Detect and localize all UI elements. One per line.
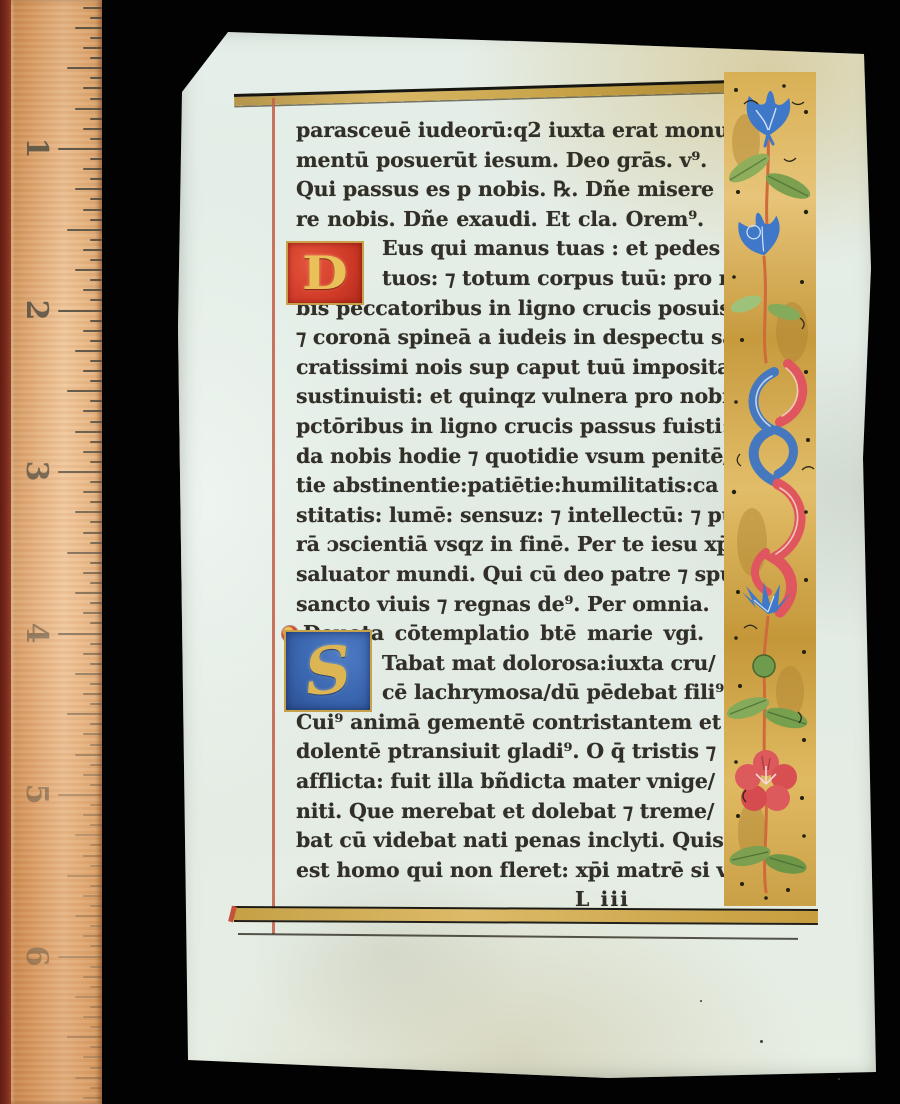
text-line-content: pctōribus in ligno crucis passus fuisti: — [296, 414, 729, 438]
text-line-content: mentū posuerūt iesum. Deo grās. v⁹. — [296, 148, 707, 172]
ruler-tick — [90, 501, 102, 503]
ruler-tick — [83, 532, 102, 534]
ruler-tick — [75, 269, 102, 271]
text-line: mentū posuerūt iesum. Deo grās. v⁹. — [296, 146, 704, 176]
ruler-tick — [83, 774, 102, 776]
dust-speck — [700, 1000, 702, 1002]
ruler-tick — [83, 289, 102, 291]
ruler-tick — [90, 17, 102, 19]
ruler-tick — [90, 764, 102, 766]
ruler-tick — [90, 98, 102, 100]
ruler-tick — [90, 299, 102, 301]
ruler-tick — [90, 1046, 102, 1048]
ruler-tick — [90, 441, 102, 443]
text-line-content: dolentē ptransiuit gladi⁹. O q̄ tristis … — [296, 739, 716, 763]
text-line-content: cratissimi nois sup caput tuū impositaz — [296, 355, 742, 379]
ruler-tick — [75, 350, 102, 352]
ruler-tick — [90, 57, 102, 59]
text-line-content: bat cū videbat nati penas inclyti. Quis — [296, 828, 724, 852]
illuminated-floral-border — [722, 72, 818, 906]
text-line-content: re nobis. Dñe exaudi. Et cla. Orem⁹. — [296, 207, 704, 231]
text-line: parasceuē iudeorū:q2 iuxta erat monu// — [296, 116, 704, 146]
text-line: sustinuisti: et quinqz vulnera pro nobis — [296, 382, 704, 412]
ruler-tick — [90, 784, 102, 786]
text-line: est homo qui non fleret: xp̄i matrē si v… — [296, 856, 704, 886]
ruler-tick — [90, 844, 102, 846]
text-line: pctōribus in ligno crucis passus fuisti: — [296, 412, 704, 442]
ruler-tick — [90, 380, 102, 382]
ruler-tick — [83, 330, 102, 332]
ruler-tick — [90, 562, 102, 564]
ruler-tick — [67, 1036, 102, 1038]
quire-signature: L iii — [296, 885, 704, 915]
text-line: Cui⁹ animā gementē contristantem et — [296, 708, 704, 738]
ruler-tick — [90, 481, 102, 483]
text-line: dolentē ptransiuit gladi⁹. O q̄ tristis … — [296, 737, 704, 767]
ruler-tick — [90, 118, 102, 120]
ruler-tick — [90, 178, 102, 180]
ruler-tick — [90, 37, 102, 39]
manuscript-leaf: parasceuē iudeorū:q2 iuxta erat monu//me… — [178, 28, 878, 1078]
illuminated-initial-s: S — [286, 632, 370, 710]
ruler-tick — [90, 1087, 102, 1089]
ruler-tick — [58, 310, 102, 312]
ruler-tick — [83, 653, 102, 655]
ruler-tick — [83, 168, 102, 170]
text-line-content: parasceuē iudeorū:q2 iuxta erat monu// — [296, 118, 744, 142]
dust-speck — [838, 1078, 840, 1080]
ruler-tick — [83, 693, 102, 695]
ruler-tick — [83, 612, 102, 614]
text-line-content: Qui passus es p nobis. ℞. Dñe misere — [296, 177, 714, 201]
ruler-tick — [83, 1097, 102, 1099]
text-line: tie abstinentie:patiētie:humilitatis:ca — [296, 471, 704, 501]
text-line-content: Tabat mat dolorosa:iuxta cru/ — [382, 651, 715, 675]
ruler-tick — [83, 572, 102, 574]
dust-speck — [760, 1040, 763, 1043]
text-line-content: Eus qui manus tuas : et pedes — [382, 236, 720, 260]
ruler-tick — [83, 249, 102, 251]
ruler-tick — [90, 360, 102, 362]
ruler-tick — [90, 340, 102, 342]
ruler-number: 3 — [19, 454, 53, 488]
ruler-tick — [90, 582, 102, 584]
ruler-number: 2 — [19, 293, 53, 327]
text-line: afflicta: fuit illa bñdicta mater vnige/ — [296, 767, 704, 797]
frame-left-rule — [272, 98, 275, 934]
ruler-tick — [67, 875, 102, 877]
ruler-tick — [90, 723, 102, 725]
ruler-tick — [83, 855, 102, 857]
ruler-tick — [67, 390, 102, 392]
ruler-tick — [83, 47, 102, 49]
ruler-tick — [90, 542, 102, 544]
ruler-edge-strip — [0, 0, 11, 1104]
ruler-tick — [90, 138, 102, 140]
ruler-tick — [67, 713, 102, 715]
ruler-tick — [90, 865, 102, 867]
ruler-tick — [75, 996, 102, 998]
ruler-tick — [90, 966, 102, 968]
ruler-tick — [83, 814, 102, 816]
ruler-tick — [75, 27, 102, 29]
text-line-content: tie abstinentie:patiētie:humilitatis:ca — [296, 473, 718, 497]
ruler-tick — [90, 622, 102, 624]
text-line-content: afflicta: fuit illa bñdicta mater vnige/ — [296, 769, 715, 793]
ruler-tick — [83, 976, 102, 978]
text-line: cratissimi nois sup caput tuū impositaz — [296, 353, 704, 383]
ruler-tick — [90, 1006, 102, 1008]
ruler-number: 5 — [19, 777, 53, 811]
ruler-tick — [75, 592, 102, 594]
ruler-tick — [58, 148, 102, 150]
ruler-tick — [67, 67, 102, 69]
ruler-tick — [83, 87, 102, 89]
ruler-tick — [90, 521, 102, 523]
ruler-tick — [58, 956, 102, 958]
ruler-tick — [90, 986, 102, 988]
ruler-tick — [90, 219, 102, 221]
ruler-tick — [67, 229, 102, 231]
ruler-tick — [83, 370, 102, 372]
ruler-tick — [83, 491, 102, 493]
ruler-tick — [90, 77, 102, 79]
ruler-tick — [90, 239, 102, 241]
ruler-tick — [90, 602, 102, 604]
text-line: saluator mundi. Qui cū deo patre ⁊ spū — [296, 560, 704, 590]
ruler-number: 6 — [19, 939, 53, 973]
ruler-tick — [75, 834, 102, 836]
ruler-tick — [75, 431, 102, 433]
ruler-tick — [90, 945, 102, 947]
text-line: sancto viuis ⁊ regnas de⁹. Per omnia. — [296, 590, 704, 620]
ruler-tick — [90, 259, 102, 261]
ruler-tick — [83, 128, 102, 130]
text-line: da nobis hodie ⁊ quotidie vsum penitē/ — [296, 442, 704, 472]
text-block: parasceuē iudeorū:q2 iuxta erat monu//me… — [296, 116, 704, 915]
ruler-tick — [90, 824, 102, 826]
ruler-tick — [58, 794, 102, 796]
ruler-tick — [58, 633, 102, 635]
ruler-tick — [75, 188, 102, 190]
ruler-tick — [83, 451, 102, 453]
ruler-tick — [90, 703, 102, 705]
ruler-tick — [90, 663, 102, 665]
ruler-tick — [83, 1016, 102, 1018]
text-line-content: bis peccatoribus in ligno crucis posuist… — [296, 296, 748, 320]
text-line: rā ɔscientiā vsqz in finē. Per te iesu x… — [296, 530, 704, 560]
ruler-tick — [90, 400, 102, 402]
ruler-tick — [90, 744, 102, 746]
ruler-tick — [90, 643, 102, 645]
illuminated-initial-d: D — [288, 243, 362, 303]
ruler-tick — [83, 410, 102, 412]
photo-scene: 123456 parasceuē iudeorū:q2 iuxta erat m… — [0, 0, 900, 1104]
text-line-content: stitatis: lumē: sensuz: ⁊ intellectū: ⁊ … — [296, 503, 744, 527]
text-line-content: niti. Que merebat et dolebat ⁊ treme/ — [296, 799, 714, 823]
ruler-tick — [75, 108, 102, 110]
ruler-number: 1 — [19, 131, 53, 165]
ruler-tick — [75, 1077, 102, 1079]
frame-top-gold-band — [234, 80, 726, 106]
text-line-content: est homo qui non fleret: xp̄i matrē si v… — [296, 858, 743, 882]
text-line-content: Cui⁹ animā gementē contristantem et — [296, 710, 721, 734]
ruler-tick — [90, 885, 102, 887]
text-line: Qui passus es p nobis. ℞. Dñe misere — [296, 175, 704, 205]
ruler-tick — [67, 552, 102, 554]
ruler-tick — [90, 1067, 102, 1069]
ruler-tick — [75, 754, 102, 756]
text-line-content: saluator mundi. Qui cū deo patre ⁊ spū — [296, 562, 735, 586]
frame-bottom-second-rule — [238, 933, 798, 940]
ruler-tick — [83, 1056, 102, 1058]
text-line: niti. Que merebat et dolebat ⁊ treme/ — [296, 797, 704, 827]
ruler-tick — [90, 804, 102, 806]
ruler-tick — [90, 1026, 102, 1028]
ruler-number: 4 — [19, 616, 53, 650]
initial-d-letter: D — [302, 246, 348, 300]
ruler-tick — [75, 915, 102, 917]
ruler-tick — [90, 158, 102, 160]
ruler-tick — [75, 673, 102, 675]
ruler-tick — [90, 421, 102, 423]
ruler-tick — [83, 733, 102, 735]
text-line: stitatis: lumē: sensuz: ⁊ intellectū: ⁊ … — [296, 501, 704, 531]
text-line: bat cū videbat nati penas inclyti. Quis — [296, 826, 704, 856]
ruler-tick — [83, 7, 102, 9]
ruler-tick — [90, 925, 102, 927]
text-line-content: tuos: ⁊ totum corpus tuū: pro no — [382, 266, 747, 290]
wooden-ruler: 123456 — [11, 0, 102, 1104]
text-line: re nobis. Dñe exaudi. Et cla. Orem⁹. — [296, 205, 704, 235]
ruler-tick — [90, 683, 102, 685]
ruler-tick — [83, 895, 102, 897]
ruler-tick — [90, 905, 102, 907]
text-line-content: cē lachrymosa/dū pēdebat fili⁹. — [382, 680, 731, 704]
text-line-content: rā ɔscientiā vsqz in finē. Per te iesu x… — [296, 532, 743, 556]
text-line-content: da nobis hodie ⁊ quotidie vsum penitē/ — [296, 444, 730, 468]
cornflower-calyx — [753, 655, 775, 677]
ruler-tick — [90, 461, 102, 463]
text-line-content: sustinuisti: et quinqz vulnera pro nobis — [296, 384, 741, 408]
ruler-tick — [75, 511, 102, 513]
initial-s-letter: S — [301, 631, 355, 710]
ruler-tick — [90, 279, 102, 281]
ruler-tick — [90, 320, 102, 322]
ruler-tick — [90, 198, 102, 200]
ruler-tick — [83, 209, 102, 211]
text-line-content: sancto viuis ⁊ regnas de⁹. Per omnia. — [296, 592, 709, 616]
text-line: ⁊ coronā spineā a iudeis in despectu sa/ — [296, 323, 704, 353]
ruler-tick — [58, 471, 102, 473]
ruler-tick — [83, 935, 102, 937]
text-line-content: ⁊ coronā spineā a iudeis in despectu sa/ — [296, 325, 743, 349]
